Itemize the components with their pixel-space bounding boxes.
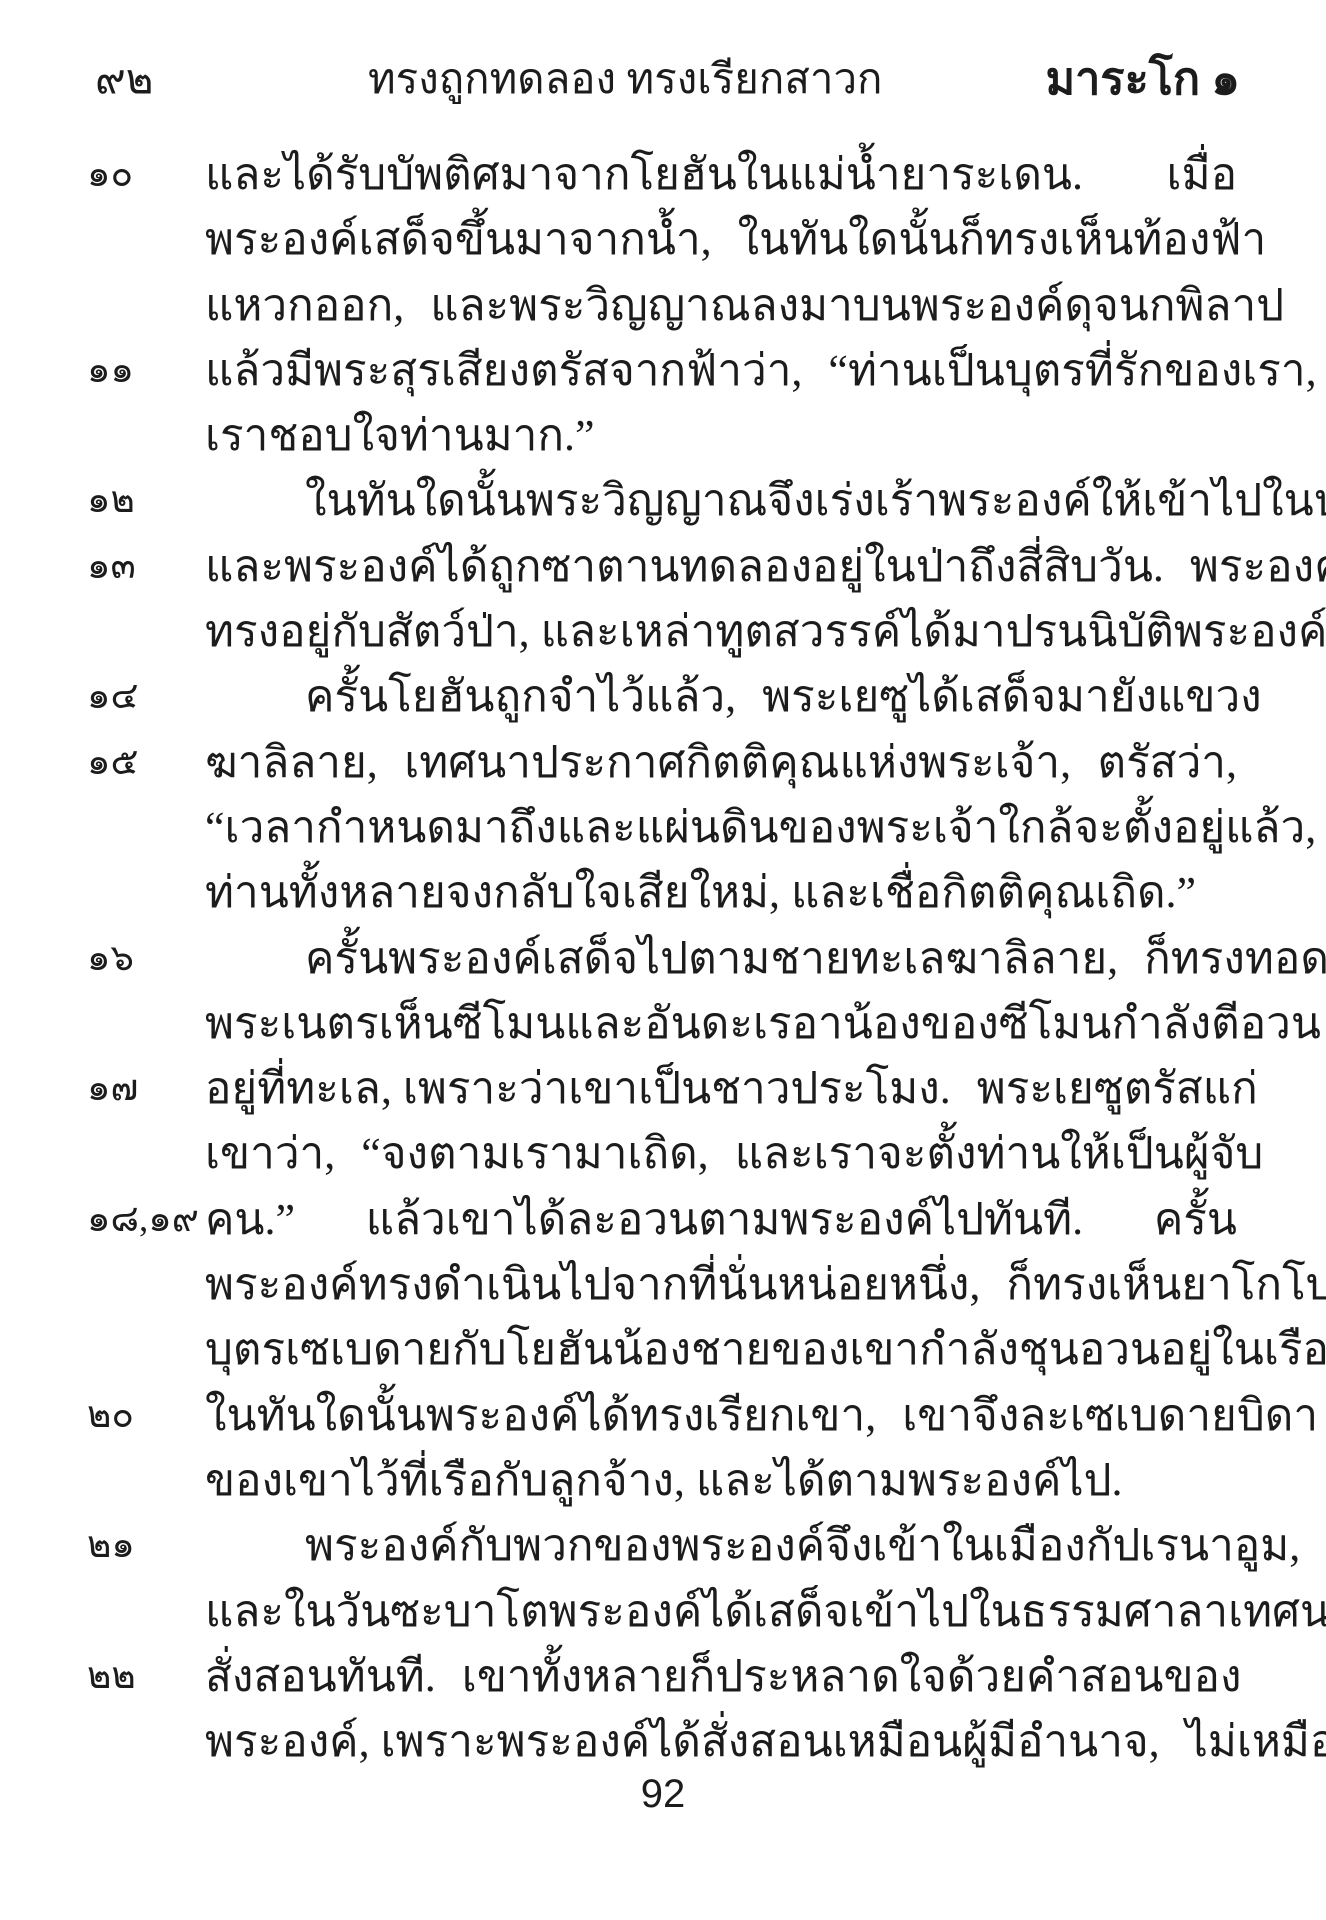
text-segment: และเราจะตั้งท่านให้เป็นผู้จับ bbox=[735, 1121, 1264, 1186]
verse-number: ๑๖ bbox=[87, 926, 199, 991]
text-line: พระองค์, เพราะพระองค์ได้สั่งสอนเหมือนผู้… bbox=[205, 1709, 1237, 1774]
header-folio-thai-numeral: ๙๒ bbox=[95, 46, 153, 112]
text-segment: เขาจึงละเซเบดายบิดา bbox=[902, 1383, 1318, 1448]
text-segment: ของเขาไว้ที่เรือกับลูกจ้าง, และได้ตามพระ… bbox=[205, 1448, 1123, 1513]
text-line: แหวกออก,และพระวิญญาณลงมาบนพระองค์ดุจนกพิ… bbox=[205, 273, 1237, 338]
text-segment: ฆาลิลาย, bbox=[205, 730, 378, 795]
text-segment: ทรงอยู่กับสัตว์ป่า, และเหล่าทูตสวรรค์ได้… bbox=[205, 599, 1326, 664]
text-segment: แหวกออก, bbox=[205, 273, 404, 338]
text-segment: เขาทั้งหลายก็ประหลาดใจด้วยคำสอนของ bbox=[462, 1644, 1242, 1709]
text-segment: ไม่เหมือน bbox=[1186, 1709, 1326, 1774]
text-line: ๑๗อยู่ที่ทะเล, เพราะว่าเขาเป็นชาวประโมง.… bbox=[205, 1056, 1237, 1121]
text-line: และในวันซะบาโตพระองค์ได้เสด็จเข้าไปในธรร… bbox=[205, 1579, 1237, 1644]
text-segment: ก็ทรงเห็นยาโกโบ bbox=[1006, 1252, 1326, 1317]
text-segment: พระองค์, เพราะพระองค์ได้สั่งสอนเหมือนผู้… bbox=[205, 1709, 1160, 1774]
text-segment: ท่านทั้งหลายจงกลับใจเสียใหม่, และเชื่อกิ… bbox=[205, 860, 1196, 925]
line-text: บุตรเซเบดายกับโยฮันน้องชายของเขากำลังชุน… bbox=[205, 1317, 1237, 1382]
line-text: พระองค์กับพวกของพระองค์จึงเข้าในเมืองกัป… bbox=[205, 1513, 1237, 1578]
text-segment: “จงตามเรามาเถิด, bbox=[361, 1121, 708, 1186]
line-text: พระเนตรเห็นซีโมนและอันดะเรอาน้องของซีโมน… bbox=[205, 991, 1237, 1056]
text-segment: และได้รับบัพติศมาจากโยฮันในแม่น้ำยาระเดน… bbox=[205, 142, 1083, 207]
text-line: บุตรเซเบดายกับโยฮันน้องชายของเขากำลังชุน… bbox=[205, 1317, 1237, 1382]
text-segment: แล้วเขาได้ละอวนตามพระองค์ไปทันที. bbox=[366, 1187, 1083, 1252]
line-text: “เวลากำหนดมาถึงและแผ่นดินของพระเจ้าใกล้จ… bbox=[205, 795, 1237, 860]
line-text: อยู่ที่ทะเล, เพราะว่าเขาเป็นชาวประโมง.พร… bbox=[205, 1056, 1237, 1121]
text-line: ๑๖ครั้นพระองค์เสด็จไปตามชายทะเลฆาลิลาย,ก… bbox=[205, 926, 1237, 991]
text-segment: ครั้น bbox=[1154, 1187, 1237, 1252]
book-page: ๙๒ ทรงถูกทดลอง ทรงเรียกสาวก มาระโก ๑ ๑๐แ… bbox=[0, 0, 1326, 1920]
verse-number: ๑๑ bbox=[87, 338, 199, 403]
text-segment: อยู่ที่ทะเล, เพราะว่าเขาเป็นชาวประโมง. bbox=[205, 1056, 951, 1121]
text-line: ทรงอยู่กับสัตว์ป่า, และเหล่าทูตสวรรค์ได้… bbox=[205, 599, 1237, 664]
text-segment: และพระวิญญาณลงมาบนพระองค์ดุจนกพิลาป bbox=[430, 273, 1284, 338]
text-line: ๒๐ในทันใดนั้นพระองค์ได้ทรงเรียกเขา,เขาจึ… bbox=[205, 1383, 1237, 1448]
line-text: และในวันซะบาโตพระองค์ได้เสด็จเข้าไปในธรร… bbox=[205, 1579, 1237, 1644]
text-line: ๑๕ฆาลิลาย,เทศนาประกาศกิตติคุณแห่งพระเจ้า… bbox=[205, 730, 1237, 795]
page-number: 92 bbox=[641, 1772, 686, 1816]
line-text: ฆาลิลาย,เทศนาประกาศกิตติคุณแห่งพระเจ้า,ต… bbox=[205, 730, 1237, 795]
text-segment: “ท่านเป็นบุตรที่รักของเรา, bbox=[828, 338, 1316, 403]
text-segment: ในทันใดนั้นพระองค์ได้ทรงเรียกเขา, bbox=[205, 1383, 876, 1448]
verse-number: ๒๒ bbox=[87, 1644, 199, 1709]
line-text: ครั้นพระองค์เสด็จไปตามชายทะเลฆาลิลาย,ก็ท… bbox=[205, 926, 1237, 991]
text-segment: พระองค์ทรงดำเนินไปจากที่นั่นหน่อยหนึ่ง, bbox=[205, 1252, 980, 1317]
line-text: และพระองค์ได้ถูกซาตานทดลองอยู่ในป่าถึงสี… bbox=[205, 534, 1237, 599]
text-segment: ครั้นโยฮันถูกจำไว้แล้ว, bbox=[305, 664, 736, 729]
verse-number: ๑๘,๑๙ bbox=[87, 1187, 199, 1252]
line-text: ทรงอยู่กับสัตว์ป่า, และเหล่าทูตสวรรค์ได้… bbox=[205, 599, 1237, 664]
text-line: เราชอบใจท่านมาก.” bbox=[205, 403, 1237, 468]
line-text: แล้วมีพระสุรเสียงตรัสจากฟ้าว่า,“ท่านเป็น… bbox=[205, 338, 1237, 403]
text-segment: พระองค์ bbox=[1190, 534, 1326, 599]
book-chapter-label: มาระโก ๑ bbox=[1045, 42, 1240, 114]
page-header: ๙๒ ทรงถูกทดลอง ทรงเรียกสาวก มาระโก ๑ bbox=[0, 46, 1326, 102]
line-text: และได้รับบัพติศมาจากโยฮันในแม่น้ำยาระเดน… bbox=[205, 142, 1237, 207]
text-line: ๒๑พระองค์กับพวกของพระองค์จึงเข้าในเมืองก… bbox=[205, 1513, 1237, 1578]
line-text: ท่านทั้งหลายจงกลับใจเสียใหม่, และเชื่อกิ… bbox=[205, 860, 1237, 925]
text-segment: เมื่อ bbox=[1167, 142, 1237, 207]
text-segment: พระเนตรเห็นซีโมนและอันดะเรอาน้องของซีโมน… bbox=[205, 991, 1321, 1056]
text-segment: พระเยซูได้เสด็จมายังแขวง bbox=[762, 664, 1262, 729]
line-text: ในทันใดนั้นพระองค์ได้ทรงเรียกเขา,เขาจึงล… bbox=[205, 1383, 1237, 1448]
text-line: ๒๒สั่งสอนทันที.เขาทั้งหลายก็ประหลาดใจด้ว… bbox=[205, 1644, 1237, 1709]
text-line: พระเนตรเห็นซีโมนและอันดะเรอาน้องของซีโมน… bbox=[205, 991, 1237, 1056]
text-segment: บุตรเซเบดายกับโยฮันน้องชายของเขากำลังชุน… bbox=[205, 1317, 1326, 1382]
text-segment: ก็ทรงทอด bbox=[1144, 926, 1326, 991]
text-line: “เวลากำหนดมาถึงและแผ่นดินของพระเจ้าใกล้จ… bbox=[205, 795, 1237, 860]
line-text: ของเขาไว้ที่เรือกับลูกจ้าง, และได้ตามพระ… bbox=[205, 1448, 1237, 1513]
text-segment: ในทันใดนั้นก็ทรงเห็นท้องฟ้า bbox=[738, 207, 1267, 272]
verse-number: ๒๑ bbox=[87, 1513, 199, 1578]
text-line: พระองค์ทรงดำเนินไปจากที่นั่นหน่อยหนึ่ง,ก… bbox=[205, 1252, 1237, 1317]
line-text: ครั้นโยฮันถูกจำไว้แล้ว,พระเยซูได้เสด็จมา… bbox=[205, 664, 1237, 729]
line-text: เขาว่า,“จงตามเรามาเถิด,และเราจะตั้งท่านใ… bbox=[205, 1121, 1237, 1186]
text-segment: พระองค์กับพวกของพระองค์จึงเข้าในเมืองกัป… bbox=[305, 1513, 1300, 1578]
text-segment: และพระองค์ได้ถูกซาตานทดลองอยู่ในป่าถึงสี… bbox=[205, 534, 1164, 599]
text-line: ๑๓และพระองค์ได้ถูกซาตานทดลองอยู่ในป่าถึง… bbox=[205, 534, 1237, 599]
text-segment: เราชอบใจท่านมาก.” bbox=[205, 403, 595, 468]
text-segment: เทศนาประกาศกิตติคุณแห่งพระเจ้า, bbox=[404, 730, 1071, 795]
text-line: ๑๔ครั้นโยฮันถูกจำไว้แล้ว,พระเยซูได้เสด็จ… bbox=[205, 664, 1237, 729]
text-segment: แล้วมีพระสุรเสียงตรัสจากฟ้าว่า, bbox=[205, 338, 802, 403]
text-line: พระองค์เสด็จขึ้นมาจากน้ำ,ในทันใดนั้นก็ทร… bbox=[205, 207, 1237, 272]
text-line: ของเขาไว้ที่เรือกับลูกจ้าง, และได้ตามพระ… bbox=[205, 1448, 1237, 1513]
page-footer: 92 bbox=[0, 1772, 1326, 1817]
verse-number: ๑๗ bbox=[87, 1056, 199, 1121]
text-line: ๑๑แล้วมีพระสุรเสียงตรัสจากฟ้าว่า,“ท่านเป… bbox=[205, 338, 1237, 403]
verse-number: ๑๐ bbox=[87, 142, 199, 207]
text-segment: และในวันซะบาโตพระองค์ได้เสด็จเข้าไปในธรร… bbox=[205, 1579, 1326, 1644]
text-segment: เขาว่า, bbox=[205, 1121, 335, 1186]
text-segment: คน.” bbox=[205, 1187, 295, 1252]
line-text: พระองค์ทรงดำเนินไปจากที่นั่นหน่อยหนึ่ง,ก… bbox=[205, 1252, 1237, 1317]
verse-number: ๑๓ bbox=[87, 534, 199, 599]
verse-number: ๑๒ bbox=[87, 468, 199, 533]
line-text: พระองค์, เพราะพระองค์ได้สั่งสอนเหมือนผู้… bbox=[205, 1709, 1237, 1774]
line-text: คน.”แล้วเขาได้ละอวนตามพระองค์ไปทันที.ครั… bbox=[205, 1187, 1237, 1252]
verse-number: ๒๐ bbox=[87, 1383, 199, 1448]
text-segment: พระเยซูตรัสแก่ bbox=[977, 1056, 1258, 1121]
text-segment: “เวลากำหนดมาถึงและแผ่นดินของพระเจ้าใกล้จ… bbox=[205, 795, 1316, 860]
text-segment: ครั้นพระองค์เสด็จไปตามชายทะเลฆาลิลาย, bbox=[305, 926, 1118, 991]
line-text: เราชอบใจท่านมาก.” bbox=[205, 403, 1237, 468]
running-title: ทรงถูกทดลอง ทรงเรียกสาวก bbox=[368, 46, 882, 112]
text-line: ท่านทั้งหลายจงกลับใจเสียใหม่, และเชื่อกิ… bbox=[205, 860, 1237, 925]
line-text: สั่งสอนทันที.เขาทั้งหลายก็ประหลาดใจด้วยค… bbox=[205, 1644, 1237, 1709]
line-text: แหวกออก,และพระวิญญาณลงมาบนพระองค์ดุจนกพิ… bbox=[205, 273, 1237, 338]
text-line: ๑๘,๑๙คน.”แล้วเขาได้ละอวนตามพระองค์ไปทันท… bbox=[205, 1187, 1237, 1252]
scripture-text-block: ๑๐และได้รับบัพติศมาจากโยฮันในแม่น้ำยาระเ… bbox=[205, 142, 1237, 1774]
line-text: พระองค์เสด็จขึ้นมาจากน้ำ,ในทันใดนั้นก็ทร… bbox=[205, 207, 1237, 272]
verse-number: ๑๔ bbox=[87, 664, 199, 729]
text-line: ๑๒ในทันใดนั้นพระวิญญาณจึงเร่งเร้าพระองค์… bbox=[205, 468, 1237, 533]
line-text: ในทันใดนั้นพระวิญญาณจึงเร่งเร้าพระองค์ให… bbox=[205, 468, 1237, 533]
text-segment: พระองค์เสด็จขึ้นมาจากน้ำ, bbox=[205, 207, 712, 272]
text-line: ๑๐และได้รับบัพติศมาจากโยฮันในแม่น้ำยาระเ… bbox=[205, 142, 1237, 207]
verse-number: ๑๕ bbox=[87, 730, 199, 795]
text-segment: สั่งสอนทันที. bbox=[205, 1644, 436, 1709]
text-segment: ตรัสว่า, bbox=[1098, 730, 1237, 795]
text-line: เขาว่า,“จงตามเรามาเถิด,และเราจะตั้งท่านใ… bbox=[205, 1121, 1237, 1186]
text-segment: ในทันใดนั้นพระวิญญาณจึงเร่งเร้าพระองค์ให… bbox=[305, 468, 1326, 533]
